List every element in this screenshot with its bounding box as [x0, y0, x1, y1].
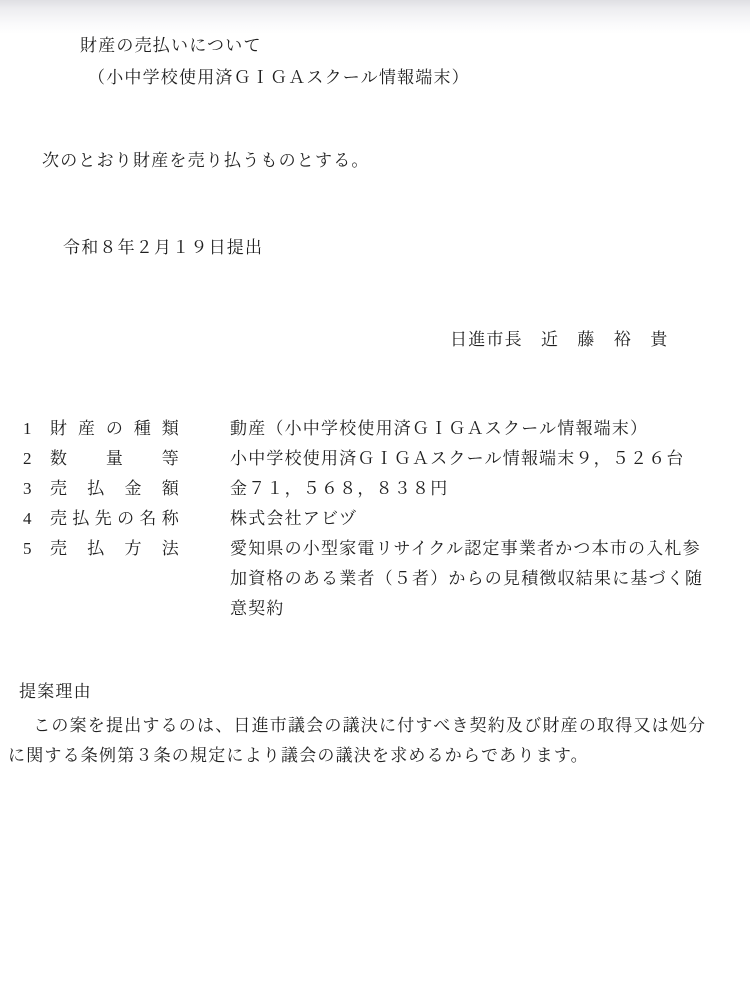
document-subtitle: （小中学校使用済ＧＩＧＡスクール情報端末）: [88, 62, 470, 94]
mayor-signature: 日進市長 近 藤 裕 貴: [450, 325, 668, 355]
document-page: 財産の売払いについて （小中学校使用済ＧＩＧＡスクール情報端末） 次のとおり財産…: [0, 0, 750, 990]
item-value: 金７１，５６８，８３８円: [230, 474, 712, 504]
item-number: 5: [23, 534, 50, 564]
list-item: 3 売払金額 金７１，５６８，８３８円: [0, 474, 750, 504]
item-value: 動産（小中学校使用済ＧＩＧＡスクール情報端末）: [230, 414, 712, 444]
reason-paragraph: この案を提出するのは、日進市議会の議決に付すべき契約及び財産の取得又は処分に関す…: [8, 711, 720, 771]
item-label: 財産の種類: [50, 414, 180, 444]
item-label: 売払方法: [50, 534, 180, 564]
lead-sentence: 次のとおり財産を売り払うものとする。: [42, 146, 370, 176]
item-number: 1: [23, 414, 50, 444]
item-number: 2: [23, 444, 50, 474]
item-number: 4: [23, 504, 50, 534]
scan-top-shading: [0, 0, 750, 34]
list-item: 2 数量等 小中学校使用済ＧＩＧＡスクール情報端末９，５２６台: [0, 444, 750, 474]
list-item: 4 売払先の名称 株式会社アビヅ: [0, 504, 750, 534]
item-label: 数量等: [50, 444, 180, 474]
reason-heading: 提案理由: [19, 677, 92, 707]
item-label: 売払金額: [50, 474, 180, 504]
list-item: 5 売払方法 愛知県の小型家電リサイクル認定事業者かつ本市の入札参加資格のある業…: [0, 534, 750, 624]
item-label: 売払先の名称: [50, 504, 180, 534]
list-item: 1 財産の種類 動産（小中学校使用済ＧＩＧＡスクール情報端末）: [0, 414, 750, 444]
document-title-block: 財産の売払いについて （小中学校使用済ＧＩＧＡスクール情報端末）: [80, 30, 470, 94]
document-title: 財産の売払いについて: [80, 30, 470, 62]
item-value: 愛知県の小型家電リサイクル認定事業者かつ本市の入札参加資格のある業者（５者）から…: [230, 534, 712, 624]
item-value: 株式会社アビヅ: [230, 504, 712, 534]
property-items-list: 1 財産の種類 動産（小中学校使用済ＧＩＧＡスクール情報端末） 2 数量等 小中…: [0, 414, 750, 624]
submission-date: 令和８年２月１９日提出: [63, 233, 263, 263]
item-number: 3: [23, 474, 50, 504]
item-value: 小中学校使用済ＧＩＧＡスクール情報端末９，５２６台: [230, 444, 712, 474]
